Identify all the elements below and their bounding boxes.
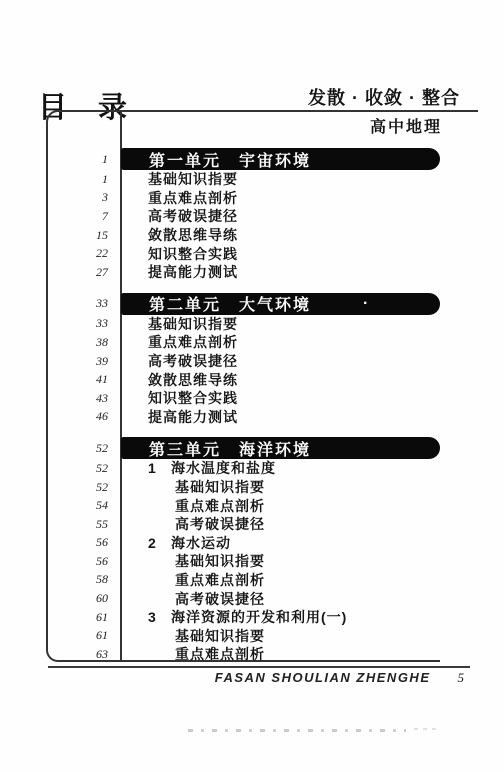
unit-title-label: 第一单元 宇宙环境 xyxy=(149,148,311,171)
toc-item-content: 基础知识指要 xyxy=(120,551,440,571)
toc-item-row: 56基础知识指要 xyxy=(48,552,440,571)
page-number: 61 xyxy=(48,628,120,643)
page-number: 1 xyxy=(48,152,120,167)
toc-item-row: 55高考破误捷径 xyxy=(48,515,440,534)
toc-item-content: 高考破误捷径 xyxy=(120,589,440,609)
toc-item-content: 知识整合实践 xyxy=(120,244,440,264)
page-number: 56 xyxy=(48,535,120,550)
toc-item-content: 基础知识指要 xyxy=(120,626,440,646)
page-number: 22 xyxy=(48,246,120,261)
toc-item-label: 海洋资源的开发和利用(一) xyxy=(171,607,347,627)
scan-artifact xyxy=(414,728,440,730)
toc-item-label: 敛散思维导练 xyxy=(148,370,238,390)
toc-item-label: 提高能力测试 xyxy=(148,407,238,427)
page-number: 56 xyxy=(48,554,120,569)
toc-item-label: 高考破误捷径 xyxy=(175,589,265,609)
page-number: 15 xyxy=(48,228,120,243)
top-rule-extension xyxy=(440,110,478,112)
page-number: 52 xyxy=(48,461,120,476)
chapter-number: 1 xyxy=(148,460,171,476)
toc-item-content: 敛散思维导练 xyxy=(120,370,440,390)
unit-header-row: 33第二单元 大气环境· xyxy=(48,293,440,315)
toc-item-row: 43知识整合实践 xyxy=(48,389,440,408)
toc-item-content: 提高能力测试 xyxy=(120,407,440,427)
stray-dot-mark: · xyxy=(363,295,370,313)
toc-item-content: 提高能力测试 xyxy=(120,262,440,282)
unit-title-bar: 第二单元 大气环境· xyxy=(121,293,440,315)
toc-item-label: 海水温度和盐度 xyxy=(171,458,276,478)
page-number: 54 xyxy=(48,498,120,513)
toc-item-label: 海水运动 xyxy=(171,533,231,553)
unit-title-label: 第二单元 大气环境 xyxy=(149,292,311,315)
toc-item-row: 61基础知识指要 xyxy=(48,626,440,645)
toc-item-row: 54重点难点剖析 xyxy=(48,496,440,515)
page-number: 1 xyxy=(48,172,120,187)
footer-text: FASAN SHOULIAN ZHENGHE xyxy=(215,670,431,685)
page-number: 7 xyxy=(48,209,120,224)
toc-item-row: 521海水温度和盐度 xyxy=(48,459,440,478)
toc-item-row: 33基础知识指要 xyxy=(48,315,440,334)
toc-item-label: 重点难点剖析 xyxy=(175,570,265,590)
chapter-number: 3 xyxy=(148,609,171,625)
page-number: 27 xyxy=(48,265,120,280)
page-number: 43 xyxy=(48,391,120,406)
toc-item-label: 重点难点剖析 xyxy=(175,496,265,516)
toc-item-label: 重点难点剖析 xyxy=(148,332,238,352)
scan-artifact xyxy=(188,729,406,732)
page-number: 52 xyxy=(48,480,120,495)
toc-item-row: 60高考破误捷径 xyxy=(48,589,440,608)
toc-item-label: 敛散思维导练 xyxy=(148,225,238,245)
toc-item-content: 基础知识指要 xyxy=(120,314,440,334)
toc-item-row: 15敛散思维导练 xyxy=(48,226,440,245)
toc-item-label: 高考破误捷径 xyxy=(148,351,238,371)
unit-title-bar: 第一单元 宇宙环境 xyxy=(121,148,440,170)
toc-item-content: 高考破误捷径 xyxy=(120,351,440,371)
toc-item-row: 58重点难点剖析 xyxy=(48,571,440,590)
toc-item-content: 知识整合实践 xyxy=(120,388,440,408)
toc-item-row: 41敛散思维导练 xyxy=(48,370,440,389)
page-number: 61 xyxy=(48,610,120,625)
toc-item-content: 重点难点剖析 xyxy=(120,188,440,208)
toc-item-label: 基础知识指要 xyxy=(175,626,265,646)
page-number: 41 xyxy=(48,372,120,387)
series-title: 发散 · 收敛 · 整合 xyxy=(308,84,460,110)
page-number: 39 xyxy=(48,354,120,369)
footer: FASAN SHOULIAN ZHENGHE 5 xyxy=(215,670,464,686)
chapter-number: 2 xyxy=(148,535,171,551)
footer-page-number: 5 xyxy=(458,670,465,686)
toc-item-label: 基础知识指要 xyxy=(148,169,238,189)
toc-item-content: 基础知识指要 xyxy=(120,169,440,189)
page-number: 46 xyxy=(48,409,120,424)
toc-item-row: 1基础知识指要 xyxy=(48,170,440,189)
scanned-page: 目 录 发散 · 收敛 · 整合 高中地理 1第一单元 宇宙环境1基础知识指要3… xyxy=(0,0,504,772)
toc-item-content: 重点难点剖析 xyxy=(120,332,440,352)
toc-item-row: 7高考破误捷径 xyxy=(48,207,440,226)
page-number: 58 xyxy=(48,572,120,587)
toc-item-content: 重点难点剖析 xyxy=(120,644,440,664)
toc-item-label: 高考破误捷径 xyxy=(175,514,265,534)
toc-item-row: 22知识整合实践 xyxy=(48,244,440,263)
page-number: 33 xyxy=(48,316,120,331)
toc-item-row: 52基础知识指要 xyxy=(48,478,440,497)
page-number: 3 xyxy=(48,190,120,205)
toc-item-label: 重点难点剖析 xyxy=(148,188,238,208)
page-number: 60 xyxy=(48,591,120,606)
toc-item-label: 基础知识指要 xyxy=(175,477,265,497)
toc-item-label: 知识整合实践 xyxy=(148,244,238,264)
toc-item-row: 3重点难点剖析 xyxy=(48,189,440,208)
toc-item-row: 39高考破误捷径 xyxy=(48,352,440,371)
toc-item-content: 2海水运动 xyxy=(120,533,440,553)
page-number: 33 xyxy=(48,296,120,311)
toc-item-label: 重点难点剖析 xyxy=(175,644,265,664)
unit-header-row: 52第三单元 海洋环境 xyxy=(48,437,440,459)
toc-item-content: 敛散思维导练 xyxy=(120,225,440,245)
toc-item-row: 38重点难点剖析 xyxy=(48,333,440,352)
page-number: 55 xyxy=(48,517,120,532)
toc-item-content: 1海水温度和盐度 xyxy=(120,458,440,478)
toc-item-label: 知识整合实践 xyxy=(148,388,238,408)
toc-item-row: 562海水运动 xyxy=(48,534,440,553)
subject-title: 高中地理 xyxy=(370,114,442,137)
toc-item-content: 高考破误捷径 xyxy=(120,206,440,226)
toc-item-row: 63重点难点剖析 xyxy=(48,645,440,664)
toc-item-content: 重点难点剖析 xyxy=(120,570,440,590)
toc-item-content: 重点难点剖析 xyxy=(120,496,440,516)
unit-title-label: 第三单元 海洋环境 xyxy=(149,437,311,460)
toc-item-label: 提高能力测试 xyxy=(148,262,238,282)
page-number: 52 xyxy=(48,441,120,456)
unit-header-row: 1第一单元 宇宙环境 xyxy=(48,148,440,170)
toc-item-content: 3海洋资源的开发和利用(一) xyxy=(120,607,440,627)
toc-item-content: 基础知识指要 xyxy=(120,477,440,497)
page-number: 63 xyxy=(48,647,120,662)
toc-item-label: 基础知识指要 xyxy=(148,314,238,334)
toc-item-row: 613海洋资源的开发和利用(一) xyxy=(48,608,440,627)
toc-item-row: 27提高能力测试 xyxy=(48,263,440,282)
toc-item-content: 高考破误捷径 xyxy=(120,514,440,534)
footer-rule xyxy=(48,666,470,668)
toc-item-row: 46提高能力测试 xyxy=(48,408,440,427)
unit-title-bar: 第三单元 海洋环境 xyxy=(121,437,440,459)
toc-item-label: 高考破误捷径 xyxy=(148,206,238,226)
toc-item-label: 基础知识指要 xyxy=(175,551,265,571)
toc-list: 1第一单元 宇宙环境1基础知识指要3重点难点剖析7高考破误捷径15敛散思维导练2… xyxy=(48,140,440,664)
page-number: 38 xyxy=(48,335,120,350)
